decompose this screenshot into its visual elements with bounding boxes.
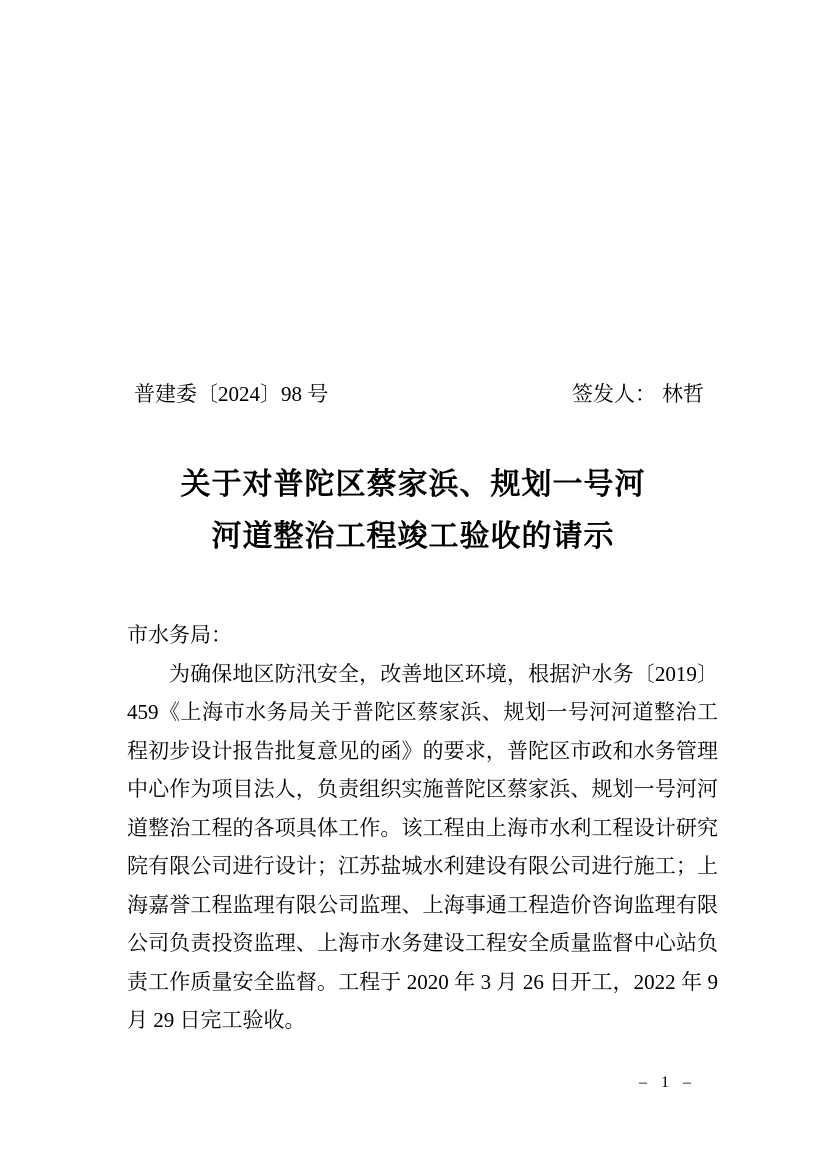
- doc-title-line1: 关于对普陀区蔡家浜、规划一号河: [0, 459, 826, 511]
- doc-title-line2: 河道整治工程竣工验收的请示: [0, 511, 826, 563]
- doc-number: 普建委〔2024〕98 号: [134, 381, 328, 407]
- doc-header: 普建委〔2024〕98 号 签发人：林哲: [134, 381, 704, 407]
- document-page: 普建委〔2024〕98 号 签发人：林哲 关于对普陀区蔡家浜、规划一号河 河道整…: [0, 0, 826, 1169]
- doc-body: 市水务局： 为确保地区防汛安全，改善地区环境，根据沪水务〔2019〕459《上海…: [127, 616, 718, 1040]
- issuer-label: 签发人：: [572, 382, 656, 406]
- issuer: 签发人：林哲: [572, 381, 704, 407]
- body-paragraph: 为确保地区防汛安全，改善地区环境，根据沪水务〔2019〕459《上海市水务局关于…: [127, 655, 718, 1040]
- doc-title: 关于对普陀区蔡家浜、规划一号河 河道整治工程竣工验收的请示: [0, 459, 826, 563]
- salutation: 市水务局：: [127, 616, 718, 655]
- issuer-name: 林哲: [662, 382, 704, 406]
- page-number: – 1 –: [639, 1072, 696, 1094]
